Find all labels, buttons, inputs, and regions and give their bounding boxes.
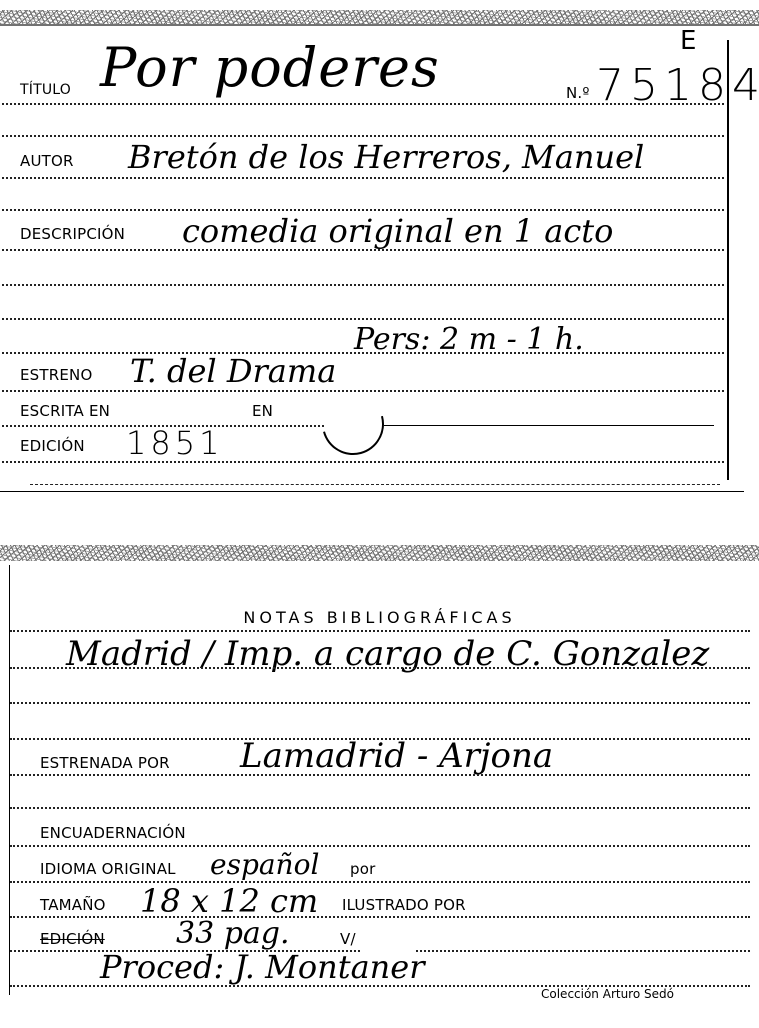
edicion-line xyxy=(2,461,724,463)
edicion-bottom-line-right xyxy=(416,950,750,952)
tamano-value: 18 x 12 cm xyxy=(140,882,318,920)
edicion-label: EDICIÓN xyxy=(20,437,85,455)
notas-bibliograficas-heading: NOTAS BIBLIOGRÁFICAS xyxy=(0,608,759,627)
estrenada-por-label: ESTRENADA POR xyxy=(40,754,170,772)
notas-line-1 xyxy=(10,630,750,632)
spacer-line xyxy=(2,209,724,211)
estreno-line xyxy=(2,390,724,392)
descripcion-label: DESCRIPCIÓN xyxy=(20,225,125,243)
collection-credit: Colección Arturo Sedó xyxy=(541,987,674,1001)
edicion-bottom-value: 33 pag. xyxy=(176,916,290,951)
descripcion-value: comedia original en 1 acto xyxy=(182,212,613,250)
blank-line xyxy=(2,318,724,320)
idioma-value: español xyxy=(210,848,319,881)
en-label: EN xyxy=(252,402,273,420)
edicion-extra: V/ xyxy=(340,930,356,948)
trailing-line xyxy=(30,484,720,485)
notas-line-2 xyxy=(10,667,750,669)
por-label: por xyxy=(350,860,375,878)
descripcion-line xyxy=(2,249,724,251)
personajes-line xyxy=(2,352,724,354)
autor-value: Bretón de los Herreros, Manuel xyxy=(128,138,644,176)
bottom-card-edge-texture xyxy=(0,545,759,561)
titulo-line xyxy=(2,103,724,105)
encuadernacion-label: ENCUADERNACIÓN xyxy=(40,824,186,842)
blank-line xyxy=(2,284,724,286)
edicion-value: 1851 xyxy=(126,424,223,462)
notas-line-3 xyxy=(10,702,750,704)
spacer-line xyxy=(10,807,750,809)
autor-line xyxy=(2,177,724,179)
tamano-line xyxy=(10,916,750,918)
titulo-value: Por poderes xyxy=(100,36,440,99)
procedencia-value: Proced: J. Montaner xyxy=(100,948,425,986)
encuadernacion-line xyxy=(10,845,750,847)
escrita-en-label: ESCRITA EN xyxy=(20,402,110,420)
spacer-line xyxy=(2,135,724,137)
top-card-edge-texture xyxy=(0,10,759,26)
numero-superscript: E xyxy=(680,26,696,56)
titulo-label: TÍTULO xyxy=(20,82,71,98)
autor-label: AUTOR xyxy=(20,152,74,170)
numero-label: N.º xyxy=(566,84,590,102)
top-card-bottom-edge xyxy=(0,491,744,492)
ilustrado-por-label: ILUSTRADO POR xyxy=(342,896,466,914)
idioma-label: IDIOMA ORIGINAL xyxy=(40,860,176,878)
estrenada-por-value: Lamadrid - Arjona xyxy=(240,736,553,776)
idioma-line xyxy=(10,881,750,883)
en-line xyxy=(384,425,714,426)
edicion-bottom-label: EDICIÓN xyxy=(40,930,105,948)
estreno-label: ESTRENO xyxy=(20,366,93,384)
estreno-value: T. del Drama xyxy=(130,352,336,390)
estrenada-por-line xyxy=(10,774,750,776)
tamano-label: TAMAÑO xyxy=(40,896,106,914)
